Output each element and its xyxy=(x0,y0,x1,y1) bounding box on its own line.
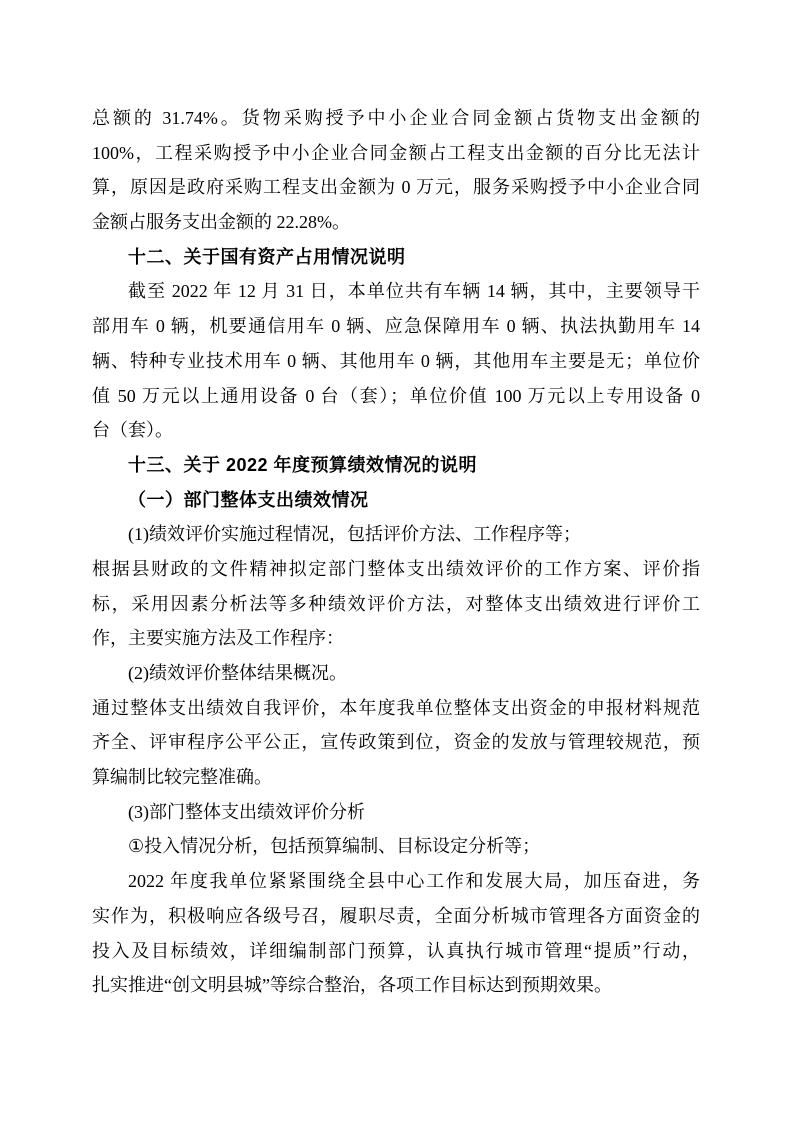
section-heading: （一）部门整体支出绩效情况 xyxy=(92,483,700,518)
text-line: 值 50 万元以上通用设备 0 台（套）；单位价值 100 万元以上专用设备 0 xyxy=(92,379,700,414)
text-line: 算编制比较完整准确。 xyxy=(92,760,700,795)
text-line: 截至 2022 年 12 月 31 日，本单位共有车辆 14 辆，其中，主要领导… xyxy=(92,274,700,309)
document-page: 总额的 31.74%。货物采购授予中小企业合同金额占货物支出金额的100%，工程… xyxy=(0,0,793,1122)
section-heading: 十二、关于国有资产占用情况说明 xyxy=(92,240,700,275)
text-line: (3)部门整体支出绩效评价分析 xyxy=(92,795,700,830)
text-line: 齐全、评审程序公平公正，宣传政策到位，资金的发放与管理较规范，预 xyxy=(92,725,700,760)
text-line: 总额的 31.74%。货物采购授予中小企业合同金额占货物支出金额的 xyxy=(92,101,700,136)
text-line: (1)绩效评价实施过程情况，包括评价方法、工作程序等； xyxy=(92,517,700,552)
document-content: 总额的 31.74%。货物采购授予中小企业合同金额占货物支出金额的100%，工程… xyxy=(92,101,700,1003)
text-line: 辆、特种专业技术用车 0 辆、其他用车 0 辆，其他用车主要是无；单位价 xyxy=(92,344,700,379)
text-line: (2)绩效评价整体结果概况。 xyxy=(92,656,700,691)
text-line: 实作为，积极响应各级号召，履职尽责，全面分析城市管理各方面资金的 xyxy=(92,899,700,934)
text-line: 通过整体支出绩效自我评价，本年度我单位整体支出资金的申报材料规范 xyxy=(92,691,700,726)
text-line: 台（套）。 xyxy=(92,413,700,448)
text-line: 扎实推进“创文明县城”等综合整治，各项工作目标达到预期效果。 xyxy=(92,968,700,1003)
text-line: 100%，工程采购授予中小企业合同金额占工程支出金额的百分比无法计 xyxy=(92,136,700,171)
text-line: 2022 年度我单位紧紧围绕全县中心工作和发展大局，加压奋进，务 xyxy=(92,864,700,899)
text-line: 根据县财政的文件精神拟定部门整体支出绩效评价的工作方案、评价指 xyxy=(92,552,700,587)
text-line: ①投入情况分析，包括预算编制、目标设定分析等； xyxy=(92,829,700,864)
text-line: 标，采用因素分析法等多种绩效评价方法，对整体支出绩效进行评价工 xyxy=(92,587,700,622)
section-heading: 十三、关于 2022 年度预算绩效情况的说明 xyxy=(92,448,700,483)
text-line: 投入及目标绩效，详细编制部门预算，认真执行城市管理“提质”行动， xyxy=(92,934,700,969)
text-line: 算，原因是政府采购工程支出金额为 0 万元，服务采购授予中小企业合同 xyxy=(92,170,700,205)
text-line: 作，主要实施方法及工作程序： xyxy=(92,621,700,656)
text-line: 金额占服务支出金额的 22.28%。 xyxy=(92,205,700,240)
text-line: 部用车 0 辆，机要通信用车 0 辆、应急保障用车 0 辆、执法执勤用车 14 xyxy=(92,309,700,344)
